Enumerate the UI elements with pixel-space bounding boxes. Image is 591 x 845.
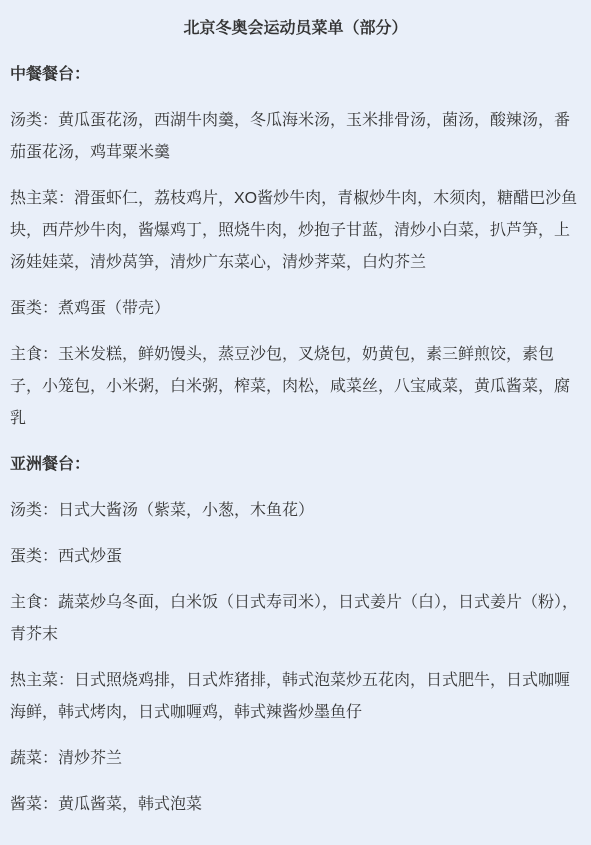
menu-document: 北京冬奥会运动员菜单（部分） 中餐餐台： 汤类：黄瓜蛋花汤，西湖牛肉羹，冬瓜海米… <box>0 0 591 845</box>
menu-row-hot-mains: 热主菜：滑蛋虾仁，荔枝鸡片，XO酱炒牛肉，青椒炒牛肉，木须肉，糖醋巴沙鱼块，西芹… <box>10 183 581 279</box>
menu-row-eggs-asian: 蛋类：西式炒蛋 <box>10 541 581 573</box>
menu-row-hot-mains-asian: 热主菜：日式照烧鸡排，日式炸猪排，韩式泡菜炒五花肉，日式肥牛，日式咖喱海鲜，韩式… <box>10 665 581 729</box>
section-heading-chinese-station: 中餐餐台： <box>10 59 581 91</box>
menu-row-soups: 汤类：黄瓜蛋花汤，西湖牛肉羹，冬瓜海米汤，玉米排骨汤，菌汤，酸辣汤，番茄蛋花汤，… <box>10 105 581 169</box>
menu-row-eggs: 蛋类：煮鸡蛋（带壳） <box>10 293 581 325</box>
menu-row-vegetables-asian: 蔬菜：清炒芥兰 <box>10 743 581 775</box>
page-title: 北京冬奥会运动员菜单（部分） <box>10 13 581 45</box>
section-heading-asian-station: 亚洲餐台： <box>10 449 581 481</box>
menu-row-staples: 主食：玉米发糕，鲜奶馒头，蒸豆沙包，叉烧包，奶黄包，素三鲜煎饺，素包子，小笼包，… <box>10 339 581 435</box>
menu-row-staples-asian: 主食：蔬菜炒乌冬面，白米饭（日式寿司米），日式姜片（白），日式姜片（粉），青芥末 <box>10 587 581 651</box>
menu-row-pickles-asian: 酱菜：黄瓜酱菜，韩式泡菜 <box>10 789 581 821</box>
menu-row-soups-asian: 汤类：日式大酱汤（紫菜，小葱，木鱼花） <box>10 495 581 527</box>
